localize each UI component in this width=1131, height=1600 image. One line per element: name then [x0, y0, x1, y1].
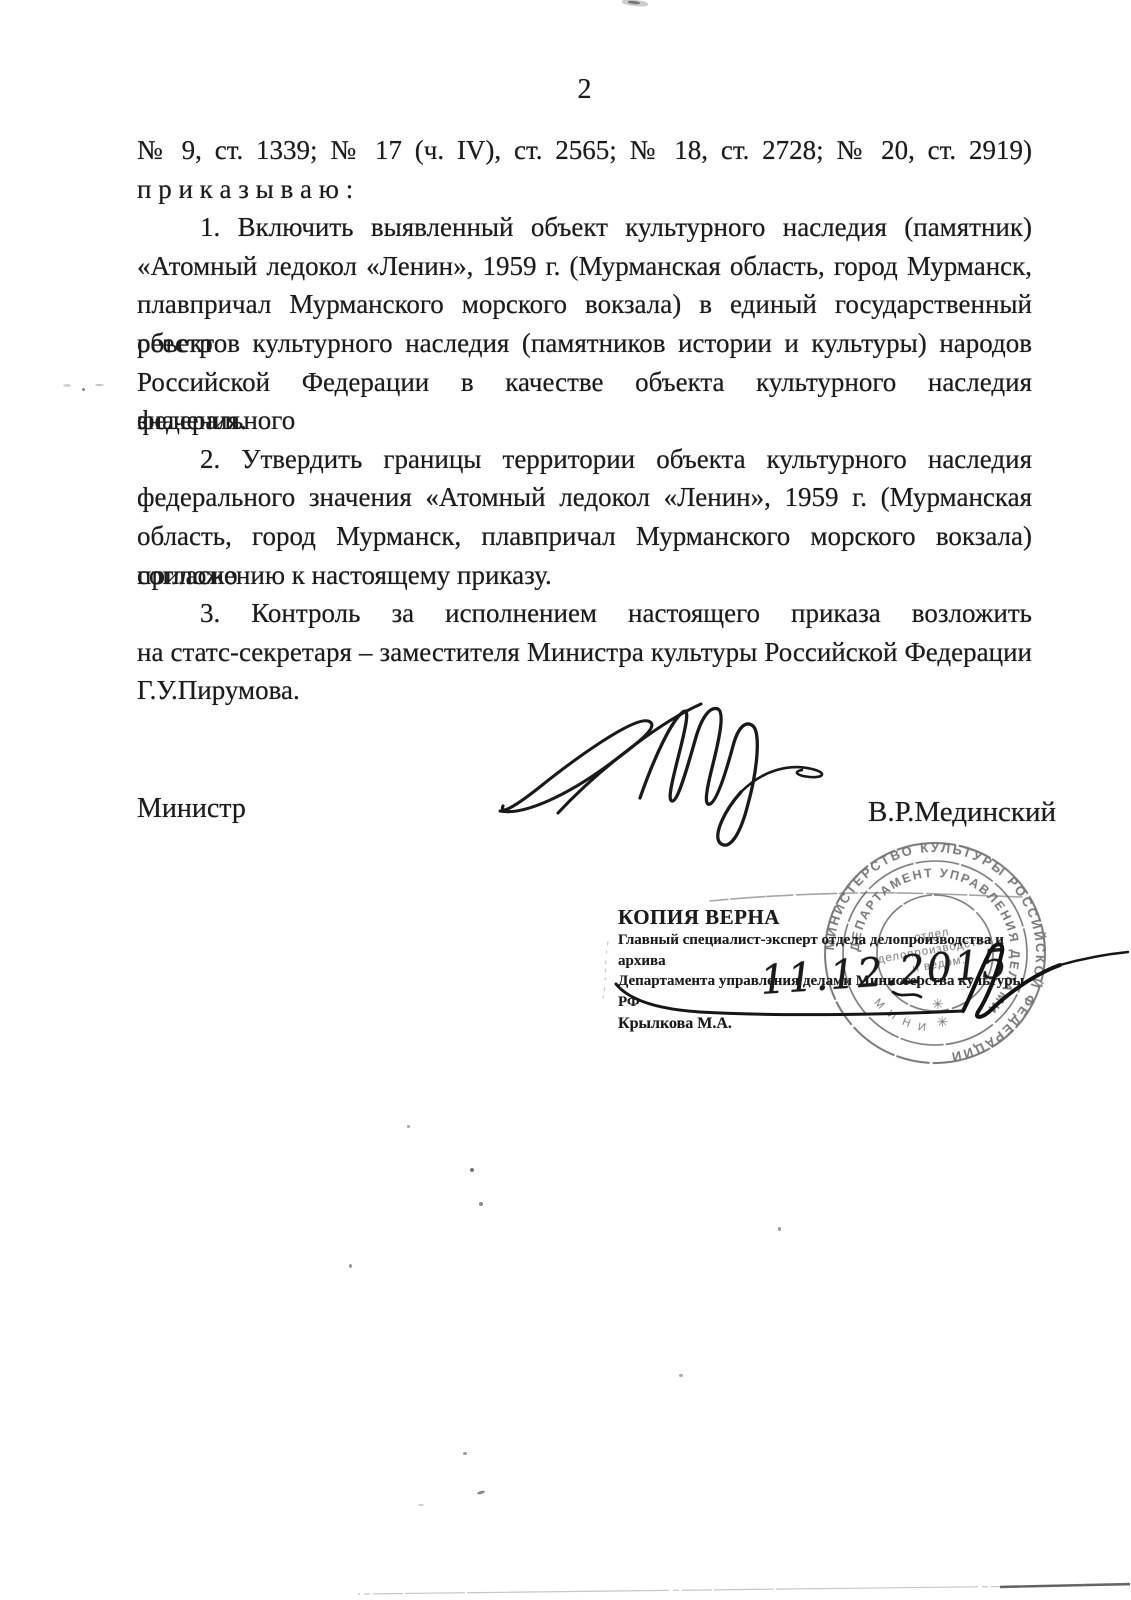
- order-line-item-1: 1. Включить выявленный объект культурног…: [137, 208, 1032, 247]
- copy-verified-label: КОПИЯ ВЕРНА: [618, 904, 1048, 930]
- scan-artifact: [477, 1490, 486, 1495]
- minister-title: Министр: [137, 793, 246, 825]
- order-line: на статс-секретаря – заместителя Министр…: [137, 633, 1032, 672]
- pen-tail-to-edge: [1060, 952, 1128, 965]
- order-line-item-3: 3. Контроль за исполнением настоящего пр…: [137, 594, 1032, 633]
- scan-artifact: [470, 1168, 474, 1172]
- order-line: Российской Федерации в качестве объекта …: [137, 363, 1032, 402]
- scan-artifact: [418, 1504, 424, 1506]
- scanned-order-page: 2 № 9, ст. 1339; № 17 (ч. IV), ст. 2565;…: [0, 0, 1131, 1600]
- order-line: «Атомный ледокол «Ленин», 1959 г. (Мурма…: [137, 247, 1032, 286]
- page-number: 2: [137, 74, 1032, 106]
- certifier-name: Крылкова М.А.: [618, 1013, 1048, 1035]
- scan-edge-stroke-dark: [1000, 1584, 1130, 1587]
- order-line: область, город Мурманск, плавпричал Мурм…: [137, 517, 1032, 556]
- scan-artifact: [95, 384, 104, 386]
- scan-artifact: [407, 1125, 410, 1128]
- order-line-item-2: 2. Утвердить границы территории объекта …: [137, 440, 1032, 479]
- signature-loop: [500, 721, 652, 812]
- order-body: № 9, ст. 1339; № 17 (ч. IV), ст. 2565; №…: [137, 131, 1032, 710]
- minister-name: В.Р.Мединский: [868, 796, 1056, 829]
- signature-tail: [741, 767, 822, 792]
- scan-artifact: [349, 1264, 352, 1268]
- order-line: приложению к настоящему приказу.: [137, 556, 1032, 595]
- cert-left-edge-artifact: [603, 942, 608, 998]
- scan-edge-stroke-light: [358, 1585, 1130, 1594]
- signature-cross-stroke: [558, 704, 701, 813]
- order-line-prikazyvayu: п р и к а з ы в а ю :: [137, 170, 1032, 209]
- order-line: федерального значения «Атомный ледокол «…: [137, 478, 1032, 517]
- order-line: плавпричал Мурманского морского вокзала)…: [137, 285, 1032, 324]
- scan-artifact: [479, 1202, 483, 1206]
- scan-artifact: [82, 388, 85, 391]
- scan-artifact: [778, 1227, 781, 1231]
- order-line: № 9, ст. 1339; № 17 (ч. IV), ст. 2565; №…: [137, 131, 1032, 170]
- scan-artifact: [679, 1374, 683, 1377]
- signature-letters: [640, 709, 757, 846]
- order-line: Г.У.Пирумова.: [137, 671, 1032, 710]
- order-line: объектов культурного наследия (памятнико…: [137, 324, 1032, 363]
- scan-artifact: [63, 384, 71, 387]
- scan-artifact: [463, 1452, 467, 1455]
